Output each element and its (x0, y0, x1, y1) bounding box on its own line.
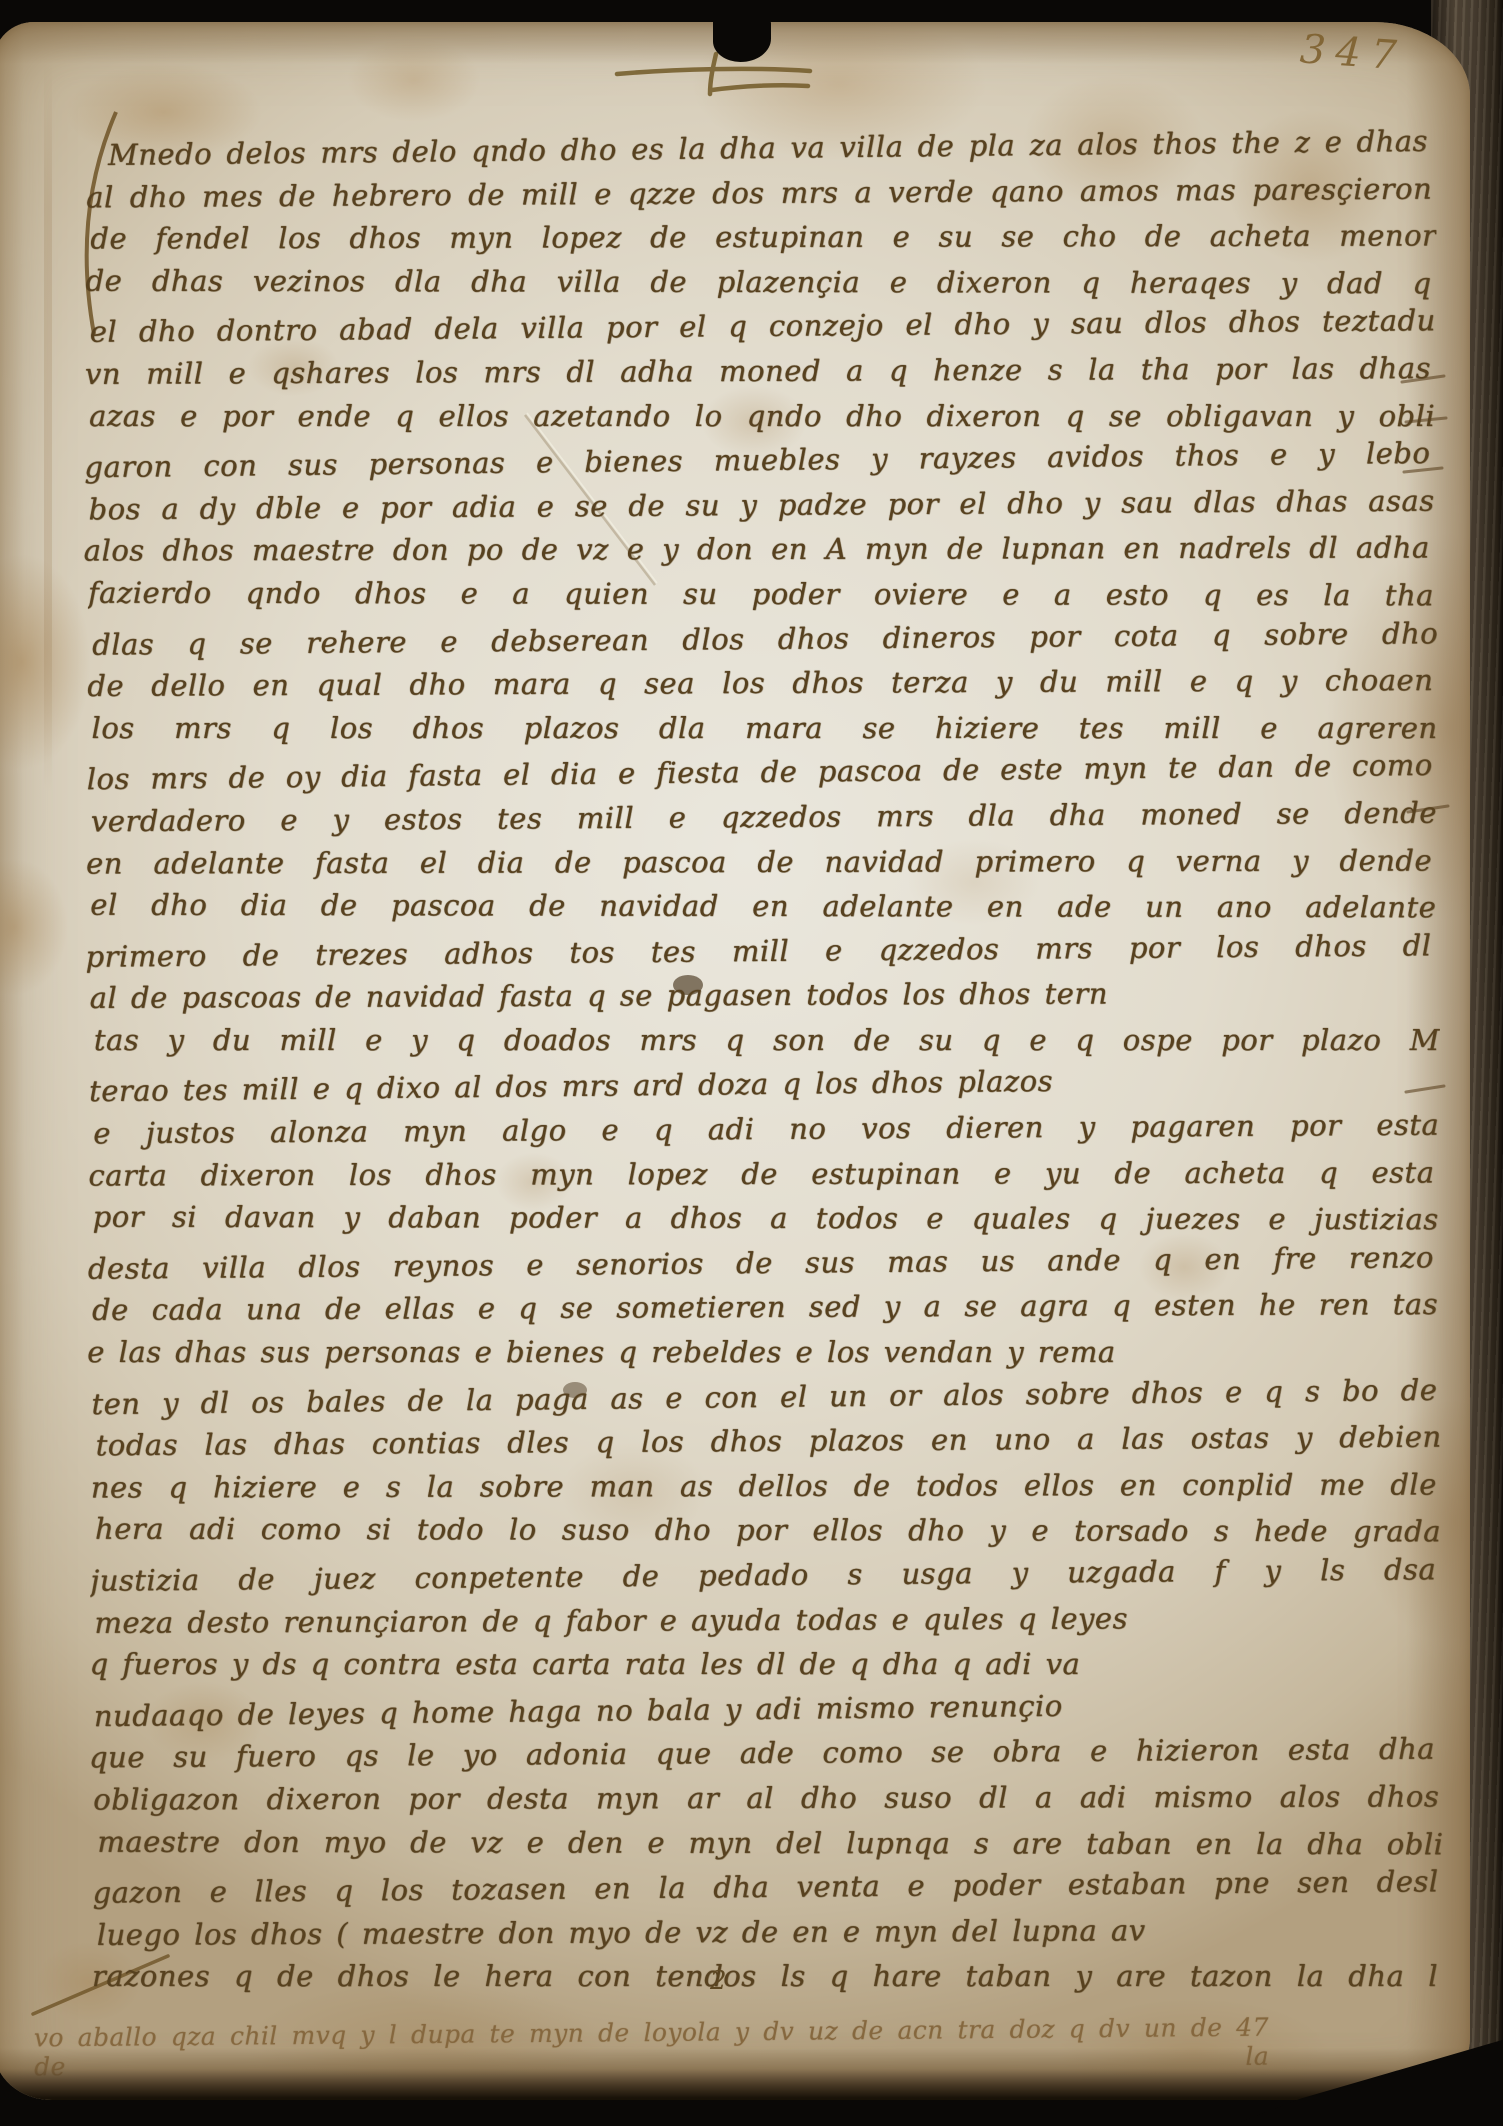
manuscript-line: luego los dhos ( maestre don myo de vz d… (97, 1907, 1443, 1957)
manuscript-line: al dho mes de hebrero de mill e qzze dos… (86, 166, 1432, 219)
under-line-mark: 2 (710, 1966, 727, 1996)
manuscript-line: e justos alonza myn algo e q adi no vos … (93, 1103, 1439, 1156)
manuscript-line: en adelante fasta el dia de pascoa de na… (86, 838, 1432, 886)
manuscript-line: alos dhos maestre don po de vz e y don e… (84, 526, 1430, 574)
manuscript-line: bos a dy dble e por adia e se de su y pa… (88, 478, 1434, 531)
manuscript-line: fazierdo qndo dhos e a quien su poder ov… (88, 571, 1434, 618)
fold-crease (44, 62, 52, 792)
manuscript-line: carta dixeron los dhos myn lopez de estu… (88, 1150, 1434, 1198)
manuscript-line: q fueros y ds q contra esta carta rata l… (90, 1642, 1436, 1687)
manuscript-line: de dhas vezinos dla dha villa de plazenç… (86, 258, 1432, 305)
manuscript-line: vn mill e qshares los mrs dl adha moned … (85, 346, 1431, 396)
manuscript-line: de dello en qual dho mara q sea los dhos… (87, 658, 1433, 708)
manuscript-line: maestre don myo de vz e den e myn del lu… (97, 1819, 1443, 1866)
manuscript-line: el dho dia de pascoa de navidad en adela… (90, 883, 1436, 930)
manuscript-line: hera adi como si todo lo suso dho por el… (95, 1507, 1441, 1554)
manuscript-line: por si davan y daban poder a dhos a todo… (93, 1195, 1439, 1242)
manuscript-line: al de pascoas de navidad fasta q se paga… (90, 970, 1436, 1020)
parchment-page: 347 (0, 22, 1470, 2100)
manuscript-line: verdadero e y estos tes mill e qzzedos m… (91, 791, 1437, 844)
folio-number: 347 (1299, 26, 1408, 79)
manuscript-line: razones q de dhos le hera con tendos ls … (92, 1954, 1438, 1999)
manuscript-line: de cada una de ellas e q se sometieren s… (92, 1282, 1438, 1332)
manuscript-line: de fendel los dhos myn lopez de estupina… (90, 214, 1436, 262)
text-block: Mnedo delos mrs delo qndo dho es la dha … (86, 123, 1440, 2002)
manuscript-line: meza desto renunçiaron de q fabor e ayud… (94, 1595, 1440, 1645)
manuscript-line: nes q hiziere e s la sobre man as dellos… (91, 1462, 1437, 1510)
manuscript-line: obligazon dixeron por desta myn ar al dh… (93, 1774, 1439, 1822)
manuscript-line: que su fuero qs le yo adonia que ade com… (89, 1727, 1435, 1780)
top-edge-tear (713, 22, 771, 62)
manuscript-line: los mrs q los dhos plazos dla mara se hi… (92, 706, 1438, 751)
manuscript-line: todas las dhas contias dles q los dhos p… (96, 1415, 1442, 1468)
bottom-torn-edge (0, 2048, 1470, 2100)
manuscript-scan: 347 (0, 0, 1503, 2126)
manuscript-line: e las dhas sus personas e bienes q rebel… (87, 1330, 1433, 1375)
manuscript-line: tas y du mill e y q doados mrs q son de … (94, 1018, 1440, 1063)
manuscript-line: azas e por ende q ellos azetando lo qndo… (89, 393, 1435, 438)
notary-cross-mark-icon (617, 54, 810, 94)
